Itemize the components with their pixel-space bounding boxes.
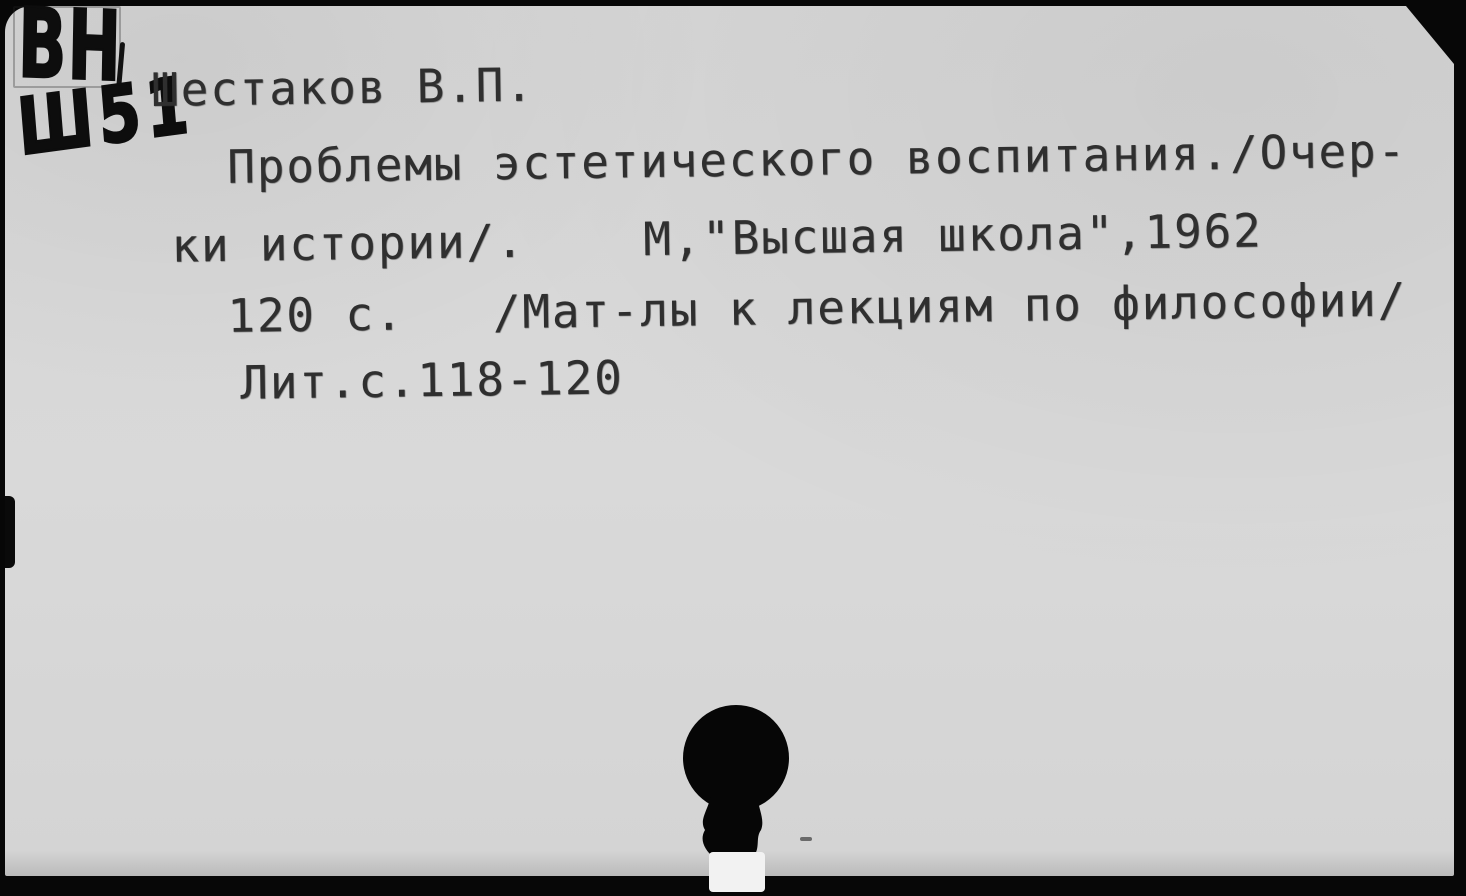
imprint-line: ки истории/. М,"Высшая школа",1962 xyxy=(171,207,1263,268)
photo-background: { "photo": { "background_color": "#07070… xyxy=(0,0,1466,896)
punch-slot-light xyxy=(709,852,765,892)
punch-hole-slot xyxy=(703,796,763,857)
punch-hole-circle xyxy=(683,705,789,811)
punch-hole xyxy=(655,688,825,896)
bibliography-line: Лит.с.118-120 xyxy=(240,354,624,405)
title-line: Проблемы эстетического воспитания./Очер- xyxy=(227,127,1407,189)
card-edge-left-mark xyxy=(5,496,15,568)
author-line: Шестаков В.П. xyxy=(151,62,535,113)
collation-line: 120 с. /Мат-лы к лекциям по философии/ xyxy=(227,276,1407,338)
